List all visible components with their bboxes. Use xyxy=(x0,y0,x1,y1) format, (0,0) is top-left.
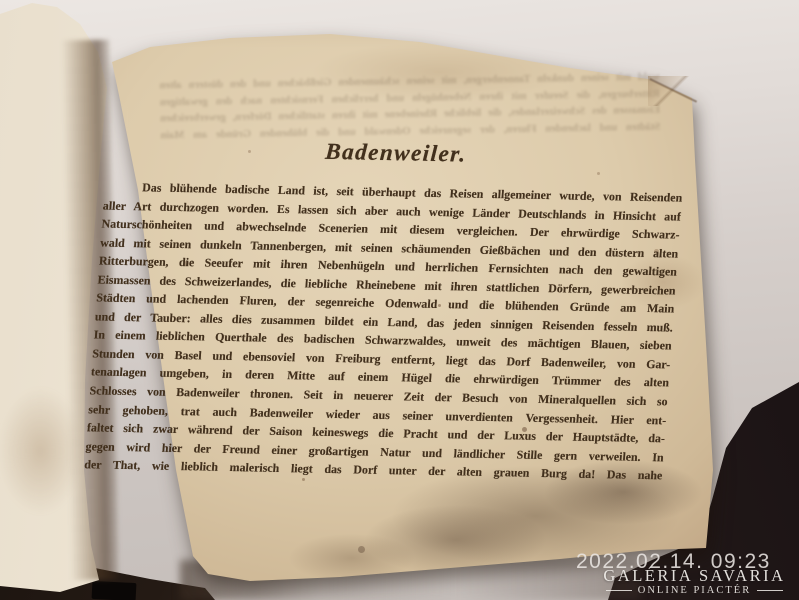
watermark-tagline: ONLINE PIACTÉR xyxy=(638,585,751,596)
foxing-specks xyxy=(0,0,3,3)
bleed-through-text: wald mit seinen dunkeln Tannenbergen, mi… xyxy=(159,70,660,145)
watermark-dash-right xyxy=(757,590,783,591)
book-photo: wald mit seinen dunkeln Tannenbergen, mi… xyxy=(0,0,799,600)
watermark-tagline-row: ONLINE PIACTÉR xyxy=(592,585,797,596)
watermark-brand: GALÉRIA SAVARIA xyxy=(592,566,797,586)
printed-text-block: Badenweiler. Das blühende badische Land … xyxy=(84,135,686,485)
watermark-dash-left xyxy=(606,590,632,591)
